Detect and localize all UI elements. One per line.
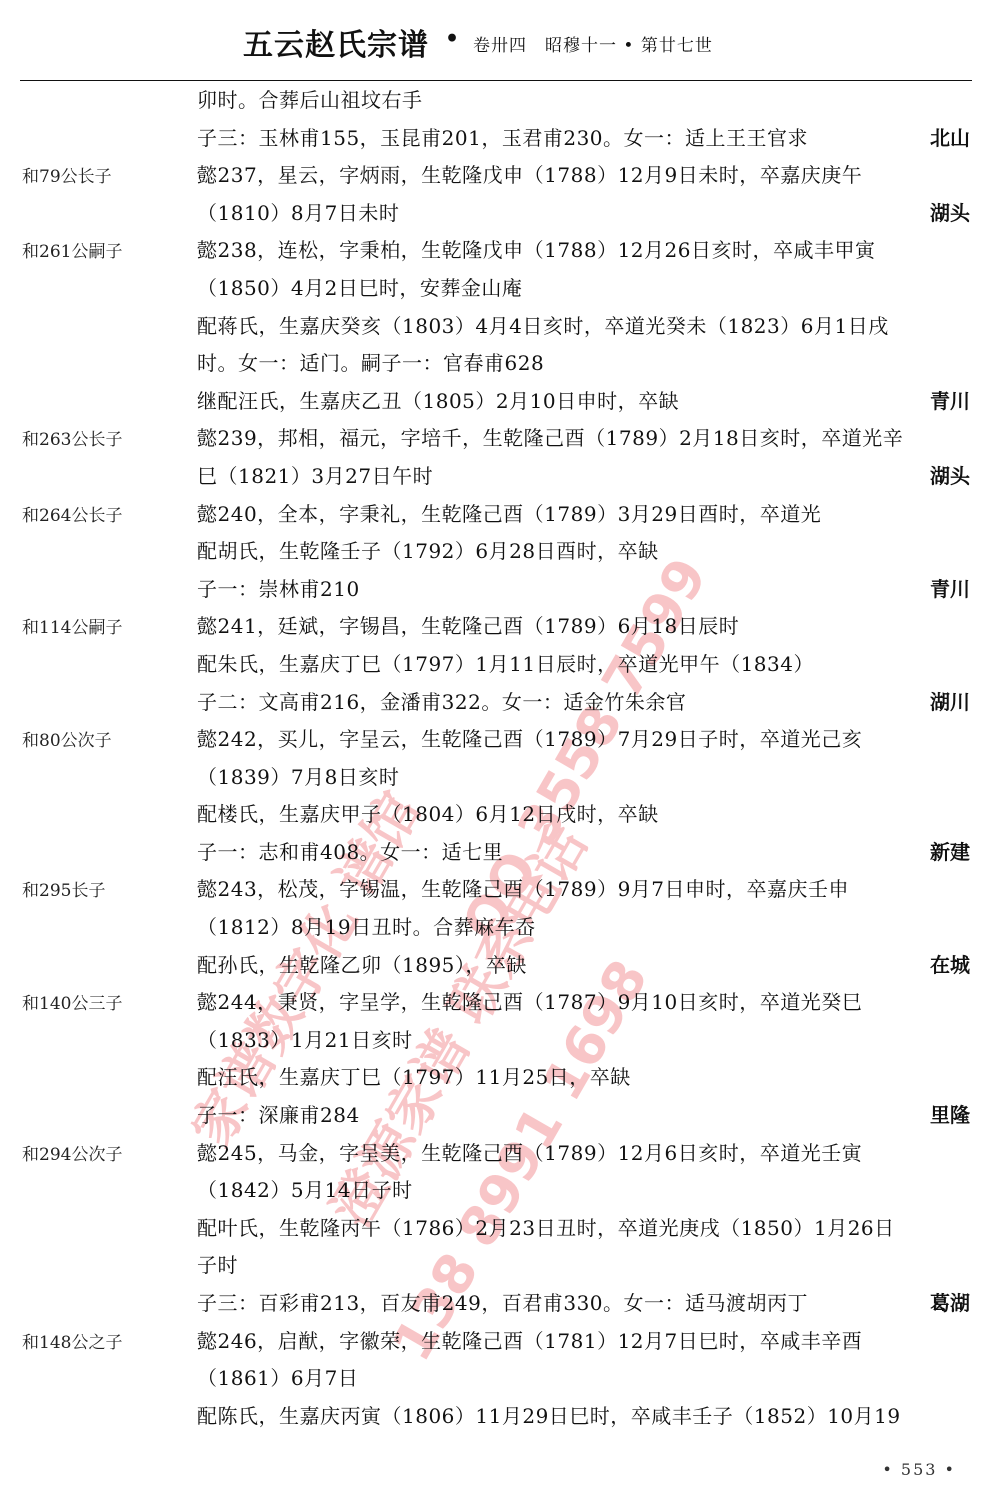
entry-text: 时。女一：适门。嗣子一：官春甫628: [197, 348, 544, 378]
entry-text: 懿239，邦相，福元，字培千，生乾隆己酉（1789）2月18日亥时，卒道光辛: [197, 423, 903, 453]
entry-line: 配胡氏，生乾隆壬子（1792）6月28日酉时，卒缺: [0, 536, 992, 574]
entry-line: 继配汪氏，生嘉庆乙丑（1805）2月10日申时，卒缺青川: [0, 386, 992, 424]
entry-line: 和264公长子懿240，全本，字秉礼，生乾隆己酉（1789）3月29日酉时，卒道…: [0, 499, 992, 537]
entry-line: （1810）8月7日未时湖头: [0, 198, 992, 236]
entry-text: 子二：文高甫216，金潘甫322。女一：适金竹朱余官: [197, 687, 686, 717]
entry-text: 配陈氏，生嘉庆丙寅（1806）11月29日巳时，卒咸丰壬子（1852）10月19: [197, 1401, 901, 1431]
entry-line: 子一：崇林甫210青川: [0, 574, 992, 612]
entry-line: （1861）6月7日: [0, 1363, 992, 1401]
entry-text: 懿242，买儿，字呈云，生乾隆己酉（1789）7月29日子时，卒道光己亥: [197, 724, 862, 754]
entry-text: 懿245，马金，字呈美，生乾隆己酉（1789）12月6日亥时，卒道光壬寅: [197, 1138, 862, 1168]
entry-line: 和261公嗣子懿238，连松，字秉柏，生乾隆戊申（1788）12月26日亥时，卒…: [0, 235, 992, 273]
lineage-label: 和294公次子: [22, 1140, 122, 1170]
entry-line: 子一：深廉甫284里隆: [0, 1100, 992, 1138]
entry-line: （1833）1月21日亥时: [0, 1025, 992, 1063]
entry-text: 懿243，松茂，字锡温，生乾隆己酉（1789）9月7日申时，卒嘉庆壬申: [197, 874, 849, 904]
lineage-label: 和261公嗣子: [22, 237, 122, 267]
entry-text: 子一：深廉甫284: [197, 1100, 360, 1130]
entry-line: 子一：志和甫408。女一：适七里新建: [0, 837, 992, 875]
entry-text: （1839）7月8日亥时: [197, 762, 399, 792]
lineage-label: 和263公长子: [22, 425, 122, 455]
entry-line: （1812）8月19日丑时。合葬麻车岙: [0, 912, 992, 950]
entry-line: 子二：文高甫216，金潘甫322。女一：适金竹朱余官湖川: [0, 687, 992, 725]
residence-place: 在城: [930, 950, 970, 980]
entry-text: （1850）4月2日巳时，安葬金山庵: [197, 273, 522, 303]
entry-line: 配陈氏，生嘉庆丙寅（1806）11月29日巳时，卒咸丰壬子（1852）10月19: [0, 1401, 992, 1439]
entry-text: 配胡氏，生乾隆壬子（1792）6月28日酉时，卒缺: [197, 536, 659, 566]
entry-text: 配汪氏，生嘉庆丁巳（1797）11月25日，卒缺: [197, 1062, 631, 1092]
lineage-label: 和264公长子: [22, 501, 122, 531]
residence-place: 青川: [930, 574, 970, 604]
entry-line: 和148公之子懿246，启猷，字徽荣，生乾隆己酉（1781）12月7日巳时，卒咸…: [0, 1326, 992, 1364]
entry-line: 配楼氏，生嘉庆甲子（1804）6月12日戌时，卒缺: [0, 799, 992, 837]
entry-text: 子一：志和甫408。女一：适七里: [197, 837, 503, 867]
entry-line: （1839）7月8日亥时: [0, 762, 992, 800]
entry-text: 懿246，启猷，字徽荣，生乾隆己酉（1781）12月7日巳时，卒咸丰辛酉: [197, 1326, 862, 1356]
entry-line: 和295长子懿243，松茂，字锡温，生乾隆己酉（1789）9月7日申时，卒嘉庆壬…: [0, 874, 992, 912]
entry-text: 懿240，全本，字秉礼，生乾隆己酉（1789）3月29日酉时，卒道光: [197, 499, 821, 529]
genealogy-title: 五云赵氏宗谱: [243, 20, 429, 64]
lineage-label: 和79公长子: [22, 162, 112, 192]
entry-line: 时。女一：适门。嗣子一：官春甫628: [0, 348, 992, 386]
lineage-label: 和140公三子: [22, 989, 122, 1019]
entry-text: 子三：玉林甫155，玉昆甫201，玉君甫230。女一：适上王王官求: [197, 123, 808, 153]
entry-text: （1833）1月21日亥时: [197, 1025, 413, 1055]
lineage-label: 和80公次子: [22, 726, 112, 756]
entry-text: 配楼氏，生嘉庆甲子（1804）6月12日戌时，卒缺: [197, 799, 659, 829]
entry-text: 懿241，廷斌，字锡昌，生乾隆己酉（1789）6月18日辰时: [197, 611, 739, 641]
entry-line: 巳（1821）3月27日午时湖头: [0, 461, 992, 499]
residence-place: 湖川: [930, 687, 970, 717]
header-rule: [20, 80, 972, 81]
title-separator: •: [445, 26, 459, 52]
entry-text: 配叶氏，生乾隆丙午（1786）2月23日丑时，卒道光庚戌（1850）1月26日: [197, 1213, 895, 1243]
entry-line: 子三：玉林甫155，玉昆甫201，玉君甫230。女一：适上王王官求北山: [0, 123, 992, 161]
volume-subtitle: 卷卅四 昭穆十一 • 第廿七世: [473, 31, 713, 56]
lineage-label: 和295长子: [22, 876, 105, 906]
entry-line: （1842）5月14日子时: [0, 1175, 992, 1213]
entry-line: 子三：百彩甫213，百友甫249，百君甫330。女一：适马渡胡丙丁葛湖: [0, 1288, 992, 1326]
residence-place: 北山: [930, 123, 970, 153]
genealogy-entries: 卯时。合葬后山祖坟右手子三：玉林甫155，玉昆甫201，玉君甫230。女一：适上…: [0, 85, 992, 1438]
page-number: • 553 •: [882, 1460, 956, 1479]
page-header: 五云赵氏宗谱 • 卷卅四 昭穆十一 • 第廿七世: [0, 18, 992, 64]
entry-line: 配叶氏，生乾隆丙午（1786）2月23日丑时，卒道光庚戌（1850）1月26日: [0, 1213, 992, 1251]
entry-line: 子时: [0, 1250, 992, 1288]
residence-place: 葛湖: [930, 1288, 970, 1318]
entry-text: 配孙氏，生乾隆乙卯（1895），卒缺: [197, 950, 527, 980]
residence-place: 湖头: [930, 461, 970, 491]
entry-line: 配汪氏，生嘉庆丁巳（1797）11月25日，卒缺: [0, 1062, 992, 1100]
entry-text: （1810）8月7日未时: [197, 198, 399, 228]
entry-text: （1812）8月19日丑时。合葬麻车岙: [197, 912, 536, 942]
entry-text: 继配汪氏，生嘉庆乙丑（1805）2月10日申时，卒缺: [197, 386, 679, 416]
entry-line: 卯时。合葬后山祖坟右手: [0, 85, 992, 123]
residence-place: 青川: [930, 386, 970, 416]
entry-text: 配蒋氏，生嘉庆癸亥（1803）4月4日亥时，卒道光癸未（1823）6月1日戌: [197, 311, 889, 341]
entry-line: 和140公三子懿244，秉贤，字呈学，生乾隆己酉（1787）9月10日亥时，卒道…: [0, 987, 992, 1025]
entry-line: 配孙氏，生乾隆乙卯（1895），卒缺在城: [0, 950, 992, 988]
entry-text: 子一：崇林甫210: [197, 574, 360, 604]
residence-place: 湖头: [930, 198, 970, 228]
entry-line: 配朱氏，生嘉庆丁巳（1797）1月11日辰时，卒道光甲午（1834）: [0, 649, 992, 687]
entry-line: （1850）4月2日巳时，安葬金山庵: [0, 273, 992, 311]
lineage-label: 和114公嗣子: [22, 613, 122, 643]
entry-line: 配蒋氏，生嘉庆癸亥（1803）4月4日亥时，卒道光癸未（1823）6月1日戌: [0, 311, 992, 349]
entry-text: 懿238，连松，字秉柏，生乾隆戊申（1788）12月26日亥时，卒咸丰甲寅: [197, 235, 875, 265]
entry-line: 和80公次子懿242，买儿，字呈云，生乾隆己酉（1789）7月29日子时，卒道光…: [0, 724, 992, 762]
entry-text: 配朱氏，生嘉庆丁巳（1797）1月11日辰时，卒道光甲午（1834）: [197, 649, 814, 679]
entry-text: 懿244，秉贤，字呈学，生乾隆己酉（1787）9月10日亥时，卒道光癸巳: [197, 987, 862, 1017]
entry-text: 懿237，星云，字炳雨，生乾隆戊申（1788）12月9日未时，卒嘉庆庚午: [197, 160, 862, 190]
entry-line: 和79公长子懿237，星云，字炳雨，生乾隆戊申（1788）12月9日未时，卒嘉庆…: [0, 160, 992, 198]
entry-text: 巳（1821）3月27日午时: [197, 461, 433, 491]
entry-text: 子时: [197, 1250, 238, 1280]
lineage-label: 和148公之子: [22, 1328, 122, 1358]
residence-place: 新建: [930, 837, 970, 867]
entry-text: （1842）5月14日子时: [197, 1175, 413, 1205]
entry-line: 和263公长子懿239，邦相，福元，字培千，生乾隆己酉（1789）2月18日亥时…: [0, 423, 992, 461]
entry-line: 和114公嗣子懿241，廷斌，字锡昌，生乾隆己酉（1789）6月18日辰时: [0, 611, 992, 649]
entry-line: 和294公次子懿245，马金，字呈美，生乾隆己酉（1789）12月6日亥时，卒道…: [0, 1138, 992, 1176]
entry-text: （1861）6月7日: [197, 1363, 358, 1393]
entry-text: 卯时。合葬后山祖坟右手: [197, 85, 423, 115]
entry-text: 子三：百彩甫213，百友甫249，百君甫330。女一：适马渡胡丙丁: [197, 1288, 808, 1318]
residence-place: 里隆: [930, 1100, 970, 1130]
